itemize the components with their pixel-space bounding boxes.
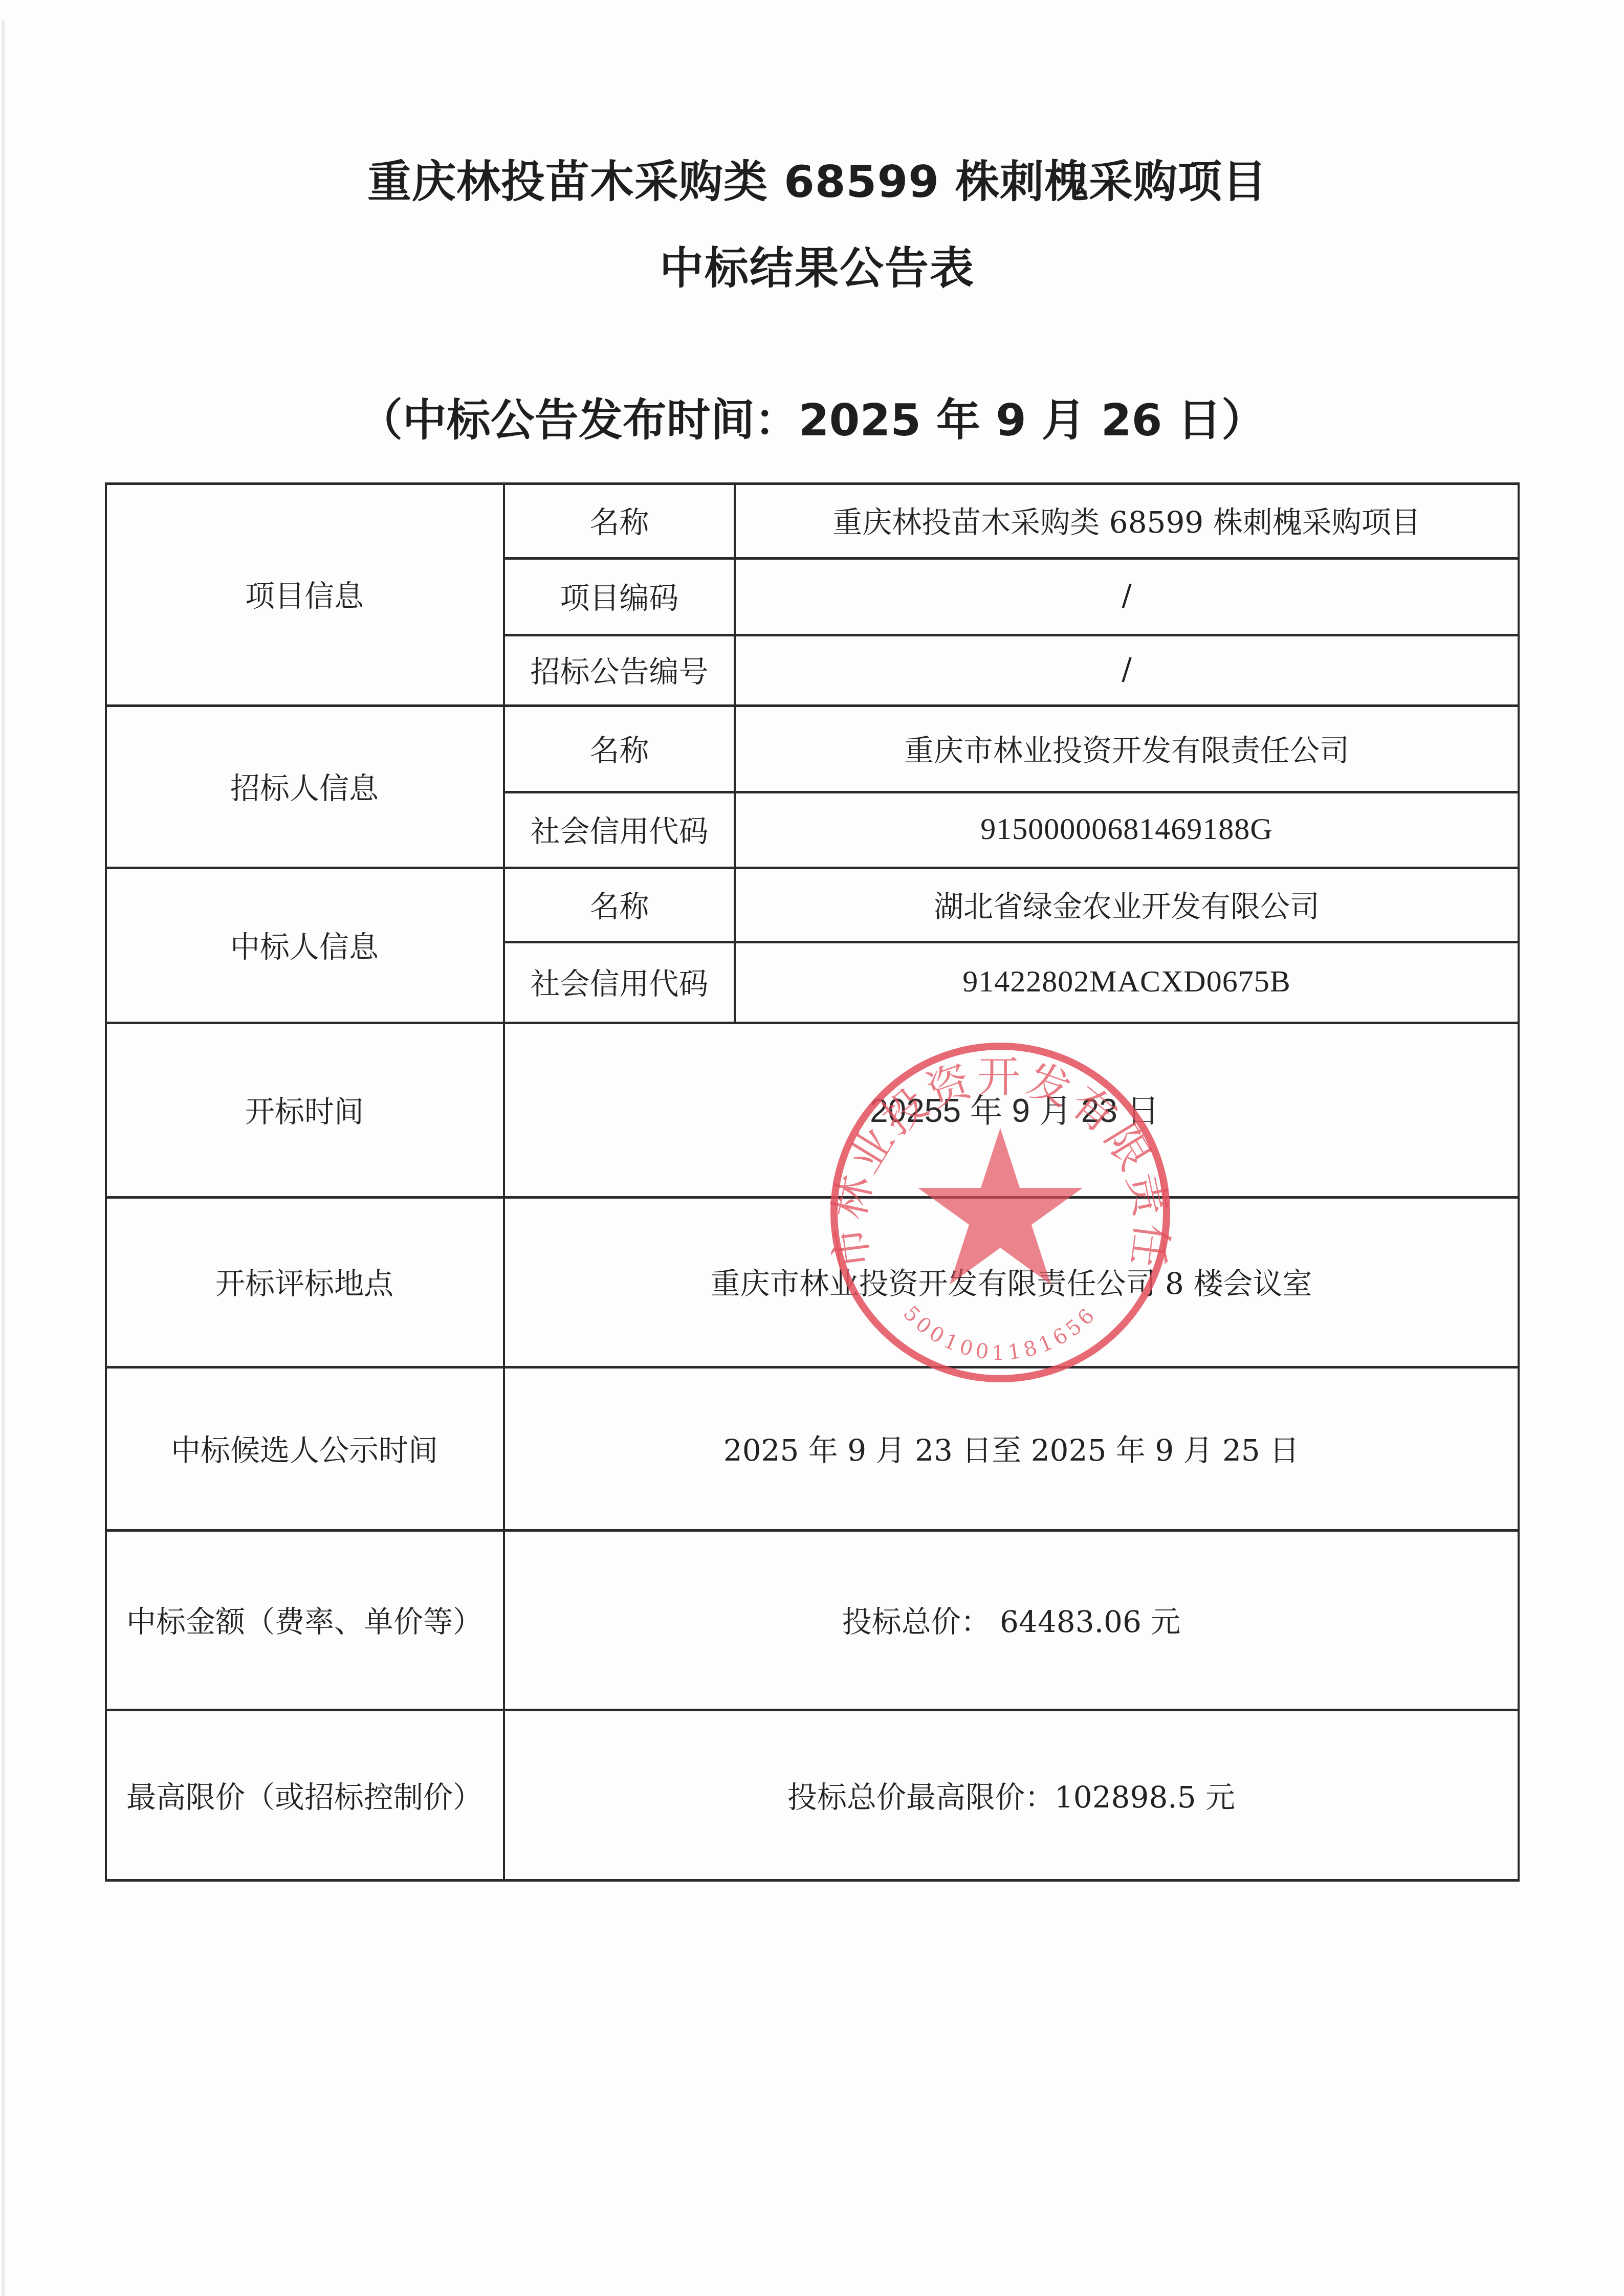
value-opening-time: 20255 年 9 月 23 日	[870, 1085, 1146, 1132]
group-label-tenderer: 招标人信息	[105, 704, 504, 867]
label-tender-notice-no: 招标公告编号	[504, 634, 735, 704]
label-opening-time: 开标时间	[105, 1022, 504, 1196]
value-tenderer-name: 重庆市林业投资开发有限责任公司	[735, 704, 1519, 791]
label-project-name: 名称	[504, 482, 735, 557]
label-max-price: 最高限价（或招标控制价）	[105, 1709, 504, 1881]
label-tenderer-credit-code: 社会信用代码	[504, 791, 735, 867]
result-table: 项目信息 名称 重庆林投苗木采购类 68599 株刺槐采购项目 项目编码 / 招…	[105, 482, 1520, 1881]
value-project-code: /	[735, 557, 1519, 634]
label-tenderer-name: 名称	[504, 704, 735, 791]
label-winner-credit-code: 社会信用代码	[504, 941, 735, 1022]
scan-edge-shadow	[2, 20, 5, 2296]
value-project-name: 重庆林投苗木采购类 68599 株刺槐采购项目	[735, 482, 1519, 557]
group-label-winner: 中标人信息	[105, 867, 504, 1022]
group-label-project-info: 项目信息	[105, 482, 504, 704]
label-opening-location: 开标评标地点	[105, 1196, 504, 1366]
value-tender-notice-no: /	[735, 634, 1519, 704]
label-winning-amount: 中标金额（费率、单价等）	[105, 1529, 504, 1709]
value-max-price: 投标总价最高限价：102898.5 元	[504, 1709, 1519, 1881]
value-tenderer-credit-code: 91500000681469188G	[735, 791, 1519, 867]
label-publicity-period: 中标候选人公示时间	[105, 1366, 504, 1529]
value-publicity-period: 2025 年 9 月 23 日至 2025 年 9 月 25 日	[504, 1366, 1519, 1529]
value-winner-credit-code: 91422802MACXD0675B	[735, 941, 1519, 1022]
value-opening-location: 重庆市林业投资开发有限责任公司 8 楼会议室	[504, 1196, 1519, 1366]
document-subtitle-heading: 中标结果公告表	[0, 233, 1624, 296]
label-project-code: 项目编码	[504, 557, 735, 634]
label-winner-name: 名称	[504, 867, 735, 941]
document-title: 重庆林投苗木采购类 68599 株刺槐采购项目	[0, 146, 1624, 210]
value-winning-amount: 投标总价： 64483.06 元	[504, 1529, 1519, 1709]
value-winner-name: 湖北省绿金农业开发有限公司	[735, 867, 1519, 941]
publish-date: （中标公告发布时间：2025 年 9 月 26 日）	[0, 385, 1624, 448]
